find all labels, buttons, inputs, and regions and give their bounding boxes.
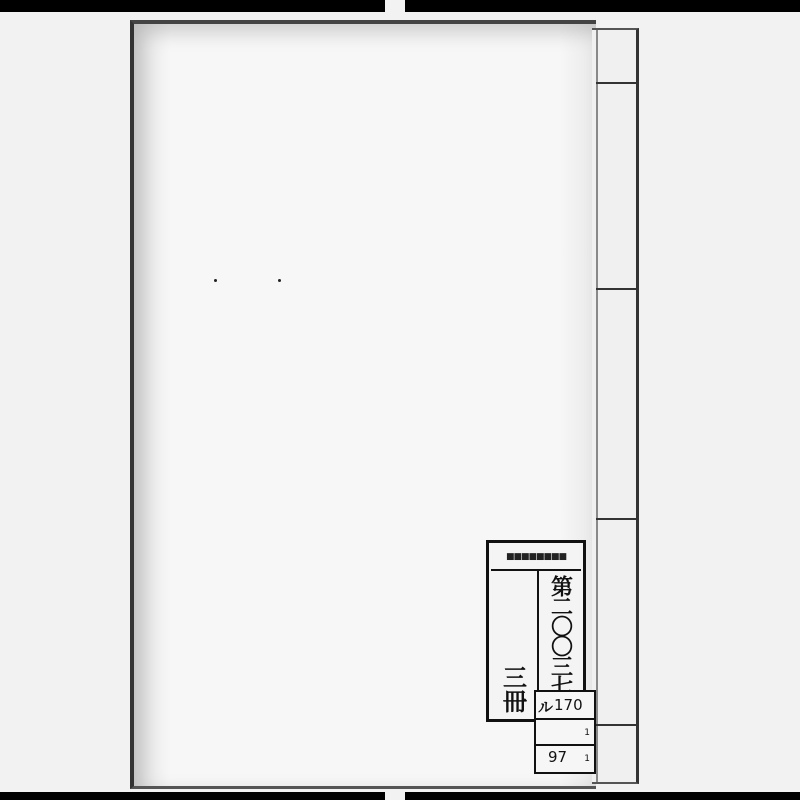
scan-bottom-band: [0, 792, 800, 800]
speck: [214, 279, 217, 282]
shelf-tag-row: 1: [536, 718, 594, 746]
shelf-tag-value: 170: [554, 696, 583, 714]
scan-top-band: [0, 0, 800, 12]
binding-stitch: [596, 288, 636, 290]
binding-stitch: [596, 518, 636, 520]
shelf-tag: ル 170 1 97 1: [534, 690, 596, 774]
shelf-tag-key: ル: [538, 696, 553, 717]
band-gap: [385, 792, 405, 800]
book-spine: [592, 28, 639, 784]
band-gap: [385, 0, 405, 12]
binding-stitch: [596, 724, 636, 726]
speck: [278, 279, 281, 282]
volume-count: 三冊: [493, 665, 533, 713]
shelf-tag-mark: 1: [584, 754, 590, 764]
book: ■■■■■■■■ 第二〇〇三七號 三冊 ル 170 1 97 1: [130, 20, 638, 782]
label-header: ■■■■■■■■: [491, 545, 581, 571]
shelf-tag-row: ル 170: [536, 692, 594, 720]
shelf-tag-row: 97 1: [536, 744, 594, 770]
shelf-tag-mark: 1: [584, 728, 590, 738]
binding-stitch: [596, 82, 636, 84]
spine-fold-line: [596, 30, 598, 782]
shelf-tag-value: 97: [548, 748, 567, 766]
